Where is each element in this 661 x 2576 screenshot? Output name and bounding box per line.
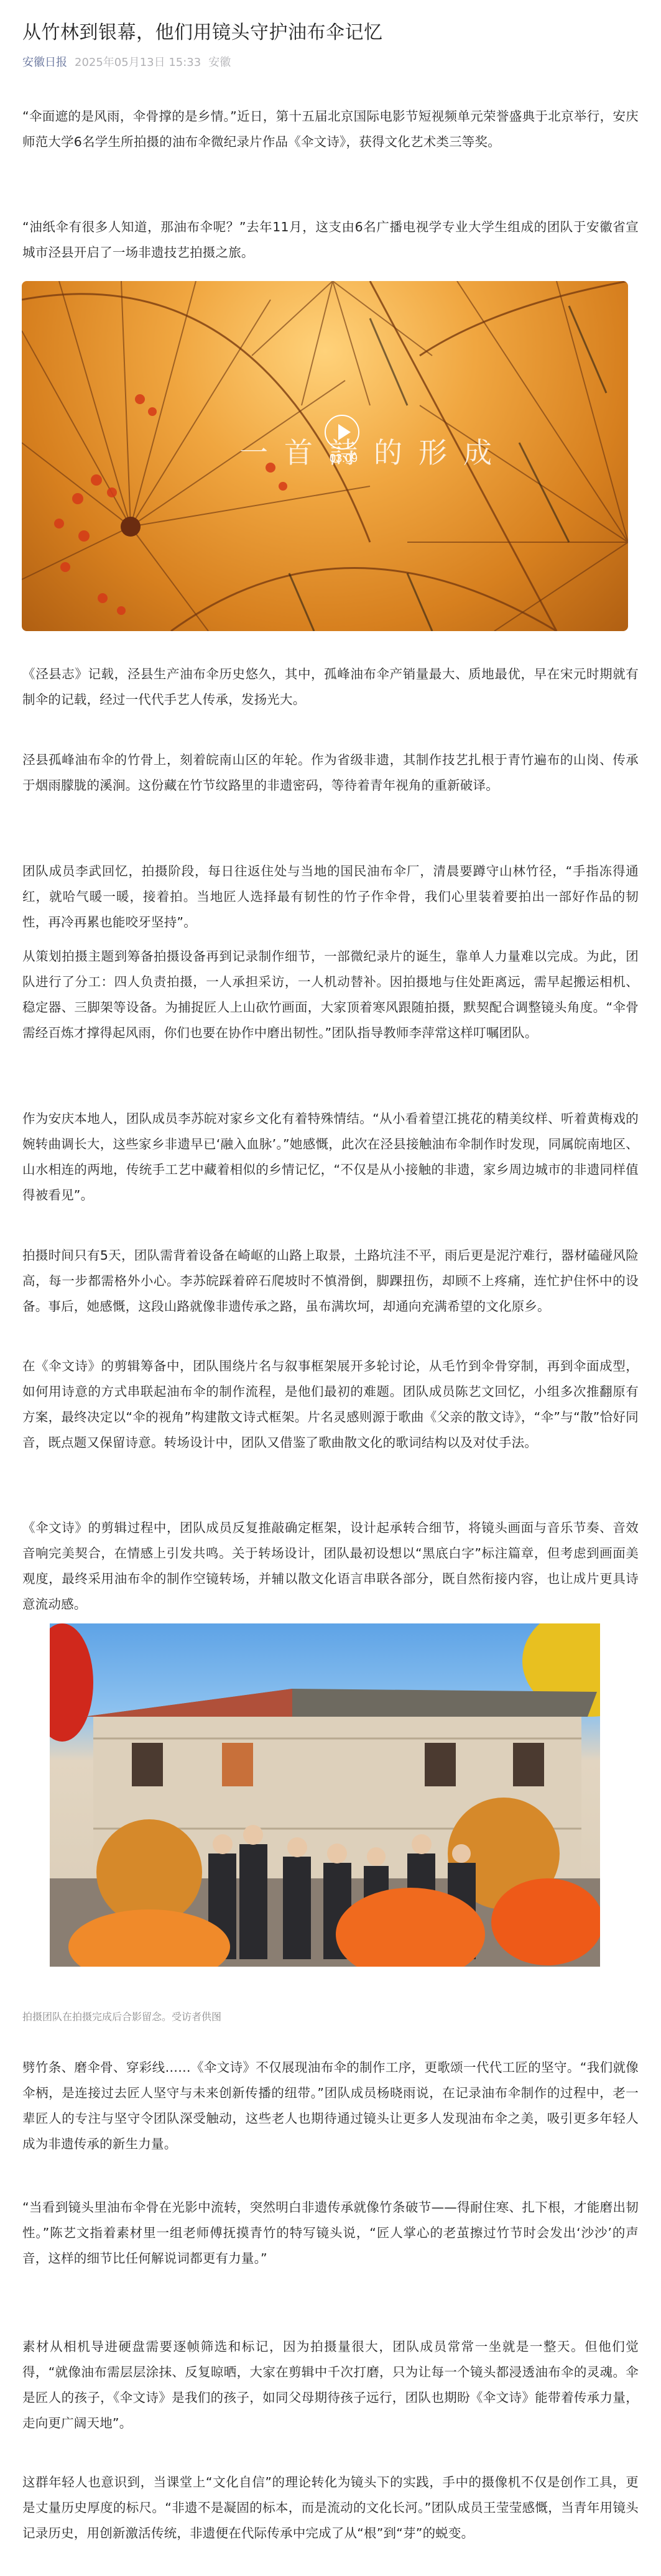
article-meta: 安徽日报 2025年05月13日 15:33 安徽 bbox=[22, 55, 639, 70]
video-overlay-title: 一首詩的形成 bbox=[239, 430, 508, 471]
paragraph: “伞面遮的是风雨，伞骨撑的是乡情。”近日，第十五届北京国际电影节短视频单元荣誉盛… bbox=[22, 104, 639, 155]
paragraph: “当看到镜头里油布伞骨在光影中流转，突然明白非遗传承就像竹条破节——得耐住寒、扎… bbox=[22, 2195, 639, 2271]
article-title: 从竹林到银幕，他们用镜头守护油布伞记忆 bbox=[22, 0, 639, 45]
play-icon[interactable] bbox=[325, 415, 359, 450]
article-page: 从竹林到银幕，他们用镜头守护油布伞记忆 安徽日报 2025年05月13日 15:… bbox=[0, 0, 661, 2576]
paragraph: 团队成员李武回忆，拍摄阶段，每日往返住处与当地的国民油布伞厂，清晨要蹲守山林竹径… bbox=[22, 859, 639, 935]
paragraph: 从策划拍摄主题到筹备拍摄设备再到记录制作细节，一部微纪录片的诞生，靠单人力量难以… bbox=[22, 944, 639, 1046]
paragraph: 劈竹条、磨伞骨、穿彩线……《伞文诗》不仅展现油布伞的制作工序，更歌颂一代代工匠的… bbox=[22, 2055, 639, 2157]
paragraph: 《伞文诗》的剪辑过程中，团队成员反复推敲确定框架，设计起承转合细节，将镜头画面与… bbox=[22, 1515, 639, 1617]
article-datetime: 2025年05月13日 15:33 bbox=[75, 55, 201, 70]
paragraph: 素材从相机导进硬盘需要逐帧筛选和标记，因为拍摄量很大，团队成员常常一坐就是一整天… bbox=[22, 2334, 639, 2436]
photo-caption: 拍摄团队在拍摄完成后合影留念。受访者供图 bbox=[22, 2010, 221, 2024]
paragraph: 拍摄时间只有5天，团队需背着设备在崎岖的山路上取景，土路坑洼不平，雨后更是泥泞难… bbox=[22, 1243, 639, 1319]
team-photo-illustration bbox=[50, 1623, 600, 1967]
paragraph: 泾县孤峰油布伞的竹骨上，刻着皖南山区的年轮。作为省级非遗，其制作技艺扎根于青竹遍… bbox=[22, 747, 639, 798]
team-photo bbox=[50, 1623, 600, 1967]
article-source[interactable]: 安徽日报 bbox=[22, 55, 67, 70]
article-location: 安徽 bbox=[208, 55, 231, 70]
paragraph: 这群年轻人也意识到，当课堂上“文化自信”的理论转化为镜头下的实践，手中的摄像机不… bbox=[22, 2470, 639, 2546]
paragraph: 在《伞文诗》的剪辑筹备中，团队围绕片名与叙事框架展开多轮讨论，从毛竹到伞骨穿制，… bbox=[22, 1354, 639, 1456]
paragraph: 《泾县志》记载，泾县生产油布伞历史悠久，其中，孤峰油布伞产销量最大、质地最优，早… bbox=[22, 662, 639, 713]
video-player[interactable]: 一首詩的形成 03:09 bbox=[22, 281, 628, 631]
paragraph: “油纸伞有很多人知道，那油布伞呢？”去年11月，这支由6名广播电视学专业大学生组… bbox=[22, 215, 639, 265]
paragraph: 作为安庆本地人，团队成员李苏皖对家乡文化有着特殊情结。“从小看着望江挑花的精美纹… bbox=[22, 1106, 639, 1208]
video-duration: 03:09 bbox=[330, 452, 358, 465]
